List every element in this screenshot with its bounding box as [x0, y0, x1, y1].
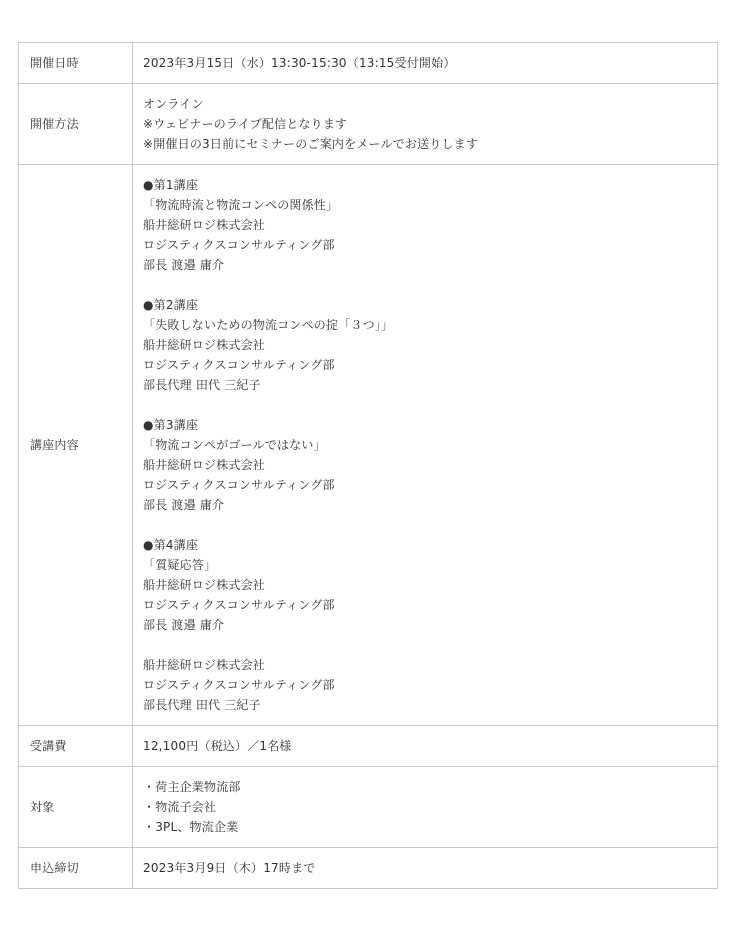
spacer — [143, 635, 707, 655]
session-heading: ●第1講座 — [143, 175, 707, 195]
session-heading: ●第4講座 — [143, 535, 707, 555]
row-label: 開催方法 — [19, 84, 133, 165]
extra-department: ロジスティクスコンサルティング部 — [143, 675, 707, 695]
session-company: 船井総研ロジ株式会社 — [143, 455, 707, 475]
session-block: ●第3講座 「物流コンペがゴールではない」 船井総研ロジ株式会社 ロジスティクス… — [143, 415, 707, 515]
session-block: ●第1講座 「物流時流と物流コンペの関係性」 船井総研ロジ株式会社 ロジスティク… — [143, 175, 707, 275]
session-heading: ●第3講座 — [143, 415, 707, 435]
seminar-info-table: 開催日時 2023年3月15日（水）13:30-15:30（13:15受付開始）… — [18, 42, 718, 889]
target-item: ・荷主企業物流部 — [143, 777, 707, 797]
method-note: ※ウェビナーのライブ配信となります — [143, 114, 707, 134]
fee-text: 12,100円（税込）／1名様 — [143, 736, 707, 756]
session-department: ロジスティクスコンサルティング部 — [143, 475, 707, 495]
method-text: オンライン — [143, 94, 707, 114]
target-item: ・物流子会社 — [143, 797, 707, 817]
session-speaker: 部長 渡邉 庸介 — [143, 615, 707, 635]
session-speaker: 部長 渡邉 庸介 — [143, 495, 707, 515]
row-value: ●第1講座 「物流時流と物流コンペの関係性」 船井総研ロジ株式会社 ロジスティク… — [133, 165, 718, 726]
table-row-target: 対象 ・荷主企業物流部 ・物流子会社 ・3PL、物流企業 — [19, 767, 718, 848]
row-value: ・荷主企業物流部 ・物流子会社 ・3PL、物流企業 — [133, 767, 718, 848]
session-title: 「物流コンペがゴールではない」 — [143, 435, 707, 455]
session-block: ●第4講座 「質疑応答」 船井総研ロジ株式会社 ロジスティクスコンサルティング部… — [143, 535, 707, 635]
spacer — [143, 275, 707, 295]
speaker-block: 船井総研ロジ株式会社 ロジスティクスコンサルティング部 部長代理 田代 三紀子 — [143, 655, 707, 715]
row-label: 講座内容 — [19, 165, 133, 726]
session-speaker: 部長 渡邉 庸介 — [143, 255, 707, 275]
session-title: 「質疑応答」 — [143, 555, 707, 575]
session-company: 船井総研ロジ株式会社 — [143, 335, 707, 355]
row-label: 対象 — [19, 767, 133, 848]
target-item: ・3PL、物流企業 — [143, 817, 707, 837]
method-note: ※開催日の3日前にセミナーのご案内をメールでお送りします — [143, 134, 707, 154]
row-value: 12,100円（税込）／1名様 — [133, 726, 718, 767]
extra-speaker: 部長代理 田代 三紀子 — [143, 695, 707, 715]
session-company: 船井総研ロジ株式会社 — [143, 575, 707, 595]
deadline-text: 2023年3月9日（木）17時まで — [143, 858, 707, 878]
session-department: ロジスティクスコンサルティング部 — [143, 595, 707, 615]
row-value: 2023年3月15日（水）13:30-15:30（13:15受付開始） — [133, 43, 718, 84]
session-heading: ●第2講座 — [143, 295, 707, 315]
session-title: 「失敗しないための物流コンペの掟「３つ」」 — [143, 315, 707, 335]
table-row-fee: 受講費 12,100円（税込）／1名様 — [19, 726, 718, 767]
session-company: 船井総研ロジ株式会社 — [143, 215, 707, 235]
session-speaker: 部長代理 田代 三紀子 — [143, 375, 707, 395]
table-row-content: 講座内容 ●第1講座 「物流時流と物流コンペの関係性」 船井総研ロジ株式会社 ロ… — [19, 165, 718, 726]
extra-company: 船井総研ロジ株式会社 — [143, 655, 707, 675]
row-label: 開催日時 — [19, 43, 133, 84]
session-title: 「物流時流と物流コンペの関係性」 — [143, 195, 707, 215]
session-department: ロジスティクスコンサルティング部 — [143, 355, 707, 375]
table-row-method: 開催方法 オンライン ※ウェビナーのライブ配信となります ※開催日の3日前にセミ… — [19, 84, 718, 165]
table-row-deadline: 申込締切 2023年3月9日（木）17時まで — [19, 848, 718, 889]
session-department: ロジスティクスコンサルティング部 — [143, 235, 707, 255]
datetime-text: 2023年3月15日（水）13:30-15:30（13:15受付開始） — [143, 53, 707, 73]
spacer — [143, 395, 707, 415]
spacer — [143, 515, 707, 535]
row-value: オンライン ※ウェビナーのライブ配信となります ※開催日の3日前にセミナーのご案… — [133, 84, 718, 165]
session-block: ●第2講座 「失敗しないための物流コンペの掟「３つ」」 船井総研ロジ株式会社 ロ… — [143, 295, 707, 395]
table-row-datetime: 開催日時 2023年3月15日（水）13:30-15:30（13:15受付開始） — [19, 43, 718, 84]
row-value: 2023年3月9日（木）17時まで — [133, 848, 718, 889]
row-label: 受講費 — [19, 726, 133, 767]
row-label: 申込締切 — [19, 848, 133, 889]
